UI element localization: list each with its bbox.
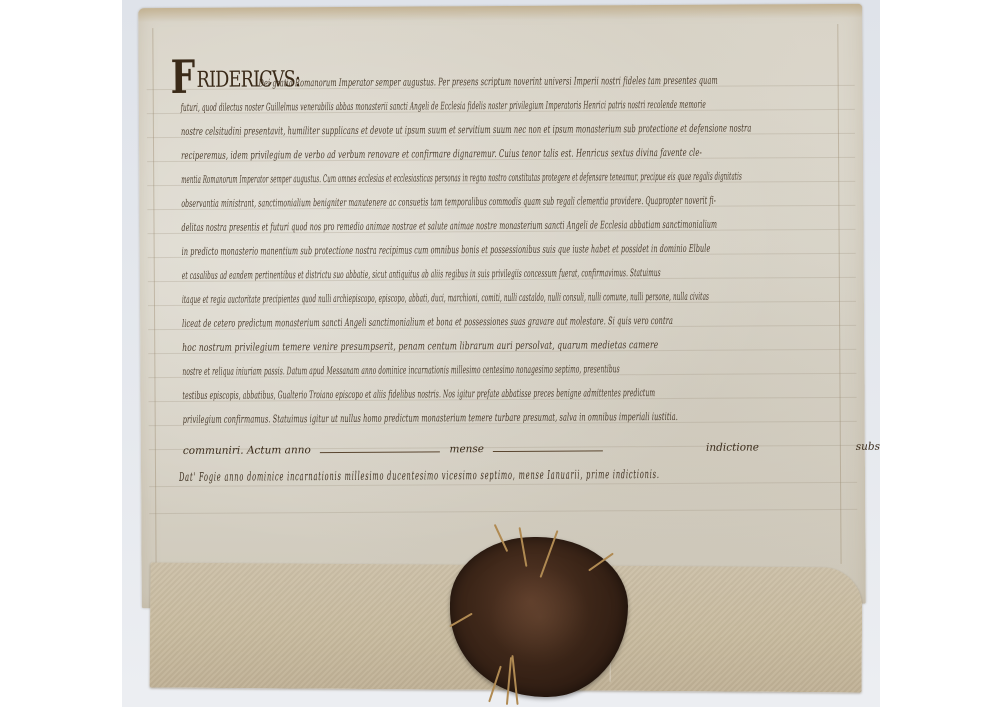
text-line: Dei gratia Romanorum Imperator semper au… — [259, 75, 718, 90]
text-line: et casalibus ad eandem pertinentibus et … — [182, 267, 661, 282]
text-line: mentia Romanorum Imperator semper august… — [181, 171, 742, 186]
seal-cord — [511, 655, 518, 705]
dating-clause: Dat' Fogie anno dominice incarnationis m… — [179, 467, 660, 484]
seal-cord — [449, 613, 473, 628]
eschatocol-line: communiri. Actum anno mense indictione s… — [183, 440, 880, 457]
text-line: itaque et regia auctoritate precipientes… — [182, 291, 709, 306]
parchment-sheet: F RIDERICVS: Dei gratia Romanorum Impera… — [138, 4, 866, 608]
mense-label: mense — [449, 443, 484, 455]
text-line: testibus episcopis, abbatibus, Gualterio… — [183, 387, 656, 402]
text-line: hoc nostrum privilegium temere venire pr… — [182, 339, 658, 354]
seal-cord — [506, 657, 512, 705]
text-line: observantia ministrant, sanctimonialium … — [181, 195, 716, 210]
seal-impression — [490, 567, 590, 667]
text-line: nostre celsitudini presentavit, humilite… — [181, 122, 752, 137]
decorated-initial: F — [170, 54, 193, 100]
text-line: liceat de cetero predictum monasterium s… — [182, 315, 673, 330]
text-line: nostre et reliqua iniuriam passis. Datum… — [182, 363, 619, 378]
text-line: delitas nostra presentis et futuri quod … — [181, 219, 717, 234]
text-line: futuri, quod dilectus noster Guillelmus … — [181, 99, 706, 114]
text-line: reciperemus, idem privilegium de verbo a… — [181, 147, 702, 162]
indictione-label: indictione — [706, 441, 759, 453]
actum-label: communiri. Actum anno — [183, 444, 311, 457]
document-photograph: F RIDERICVS: Dei gratia Romanorum Impera… — [122, 0, 880, 707]
text-line: in predicto monasterio manentium sub pro… — [182, 243, 711, 258]
subscription-label: subscripsi — [856, 441, 880, 453]
ruling-line — [149, 509, 857, 514]
